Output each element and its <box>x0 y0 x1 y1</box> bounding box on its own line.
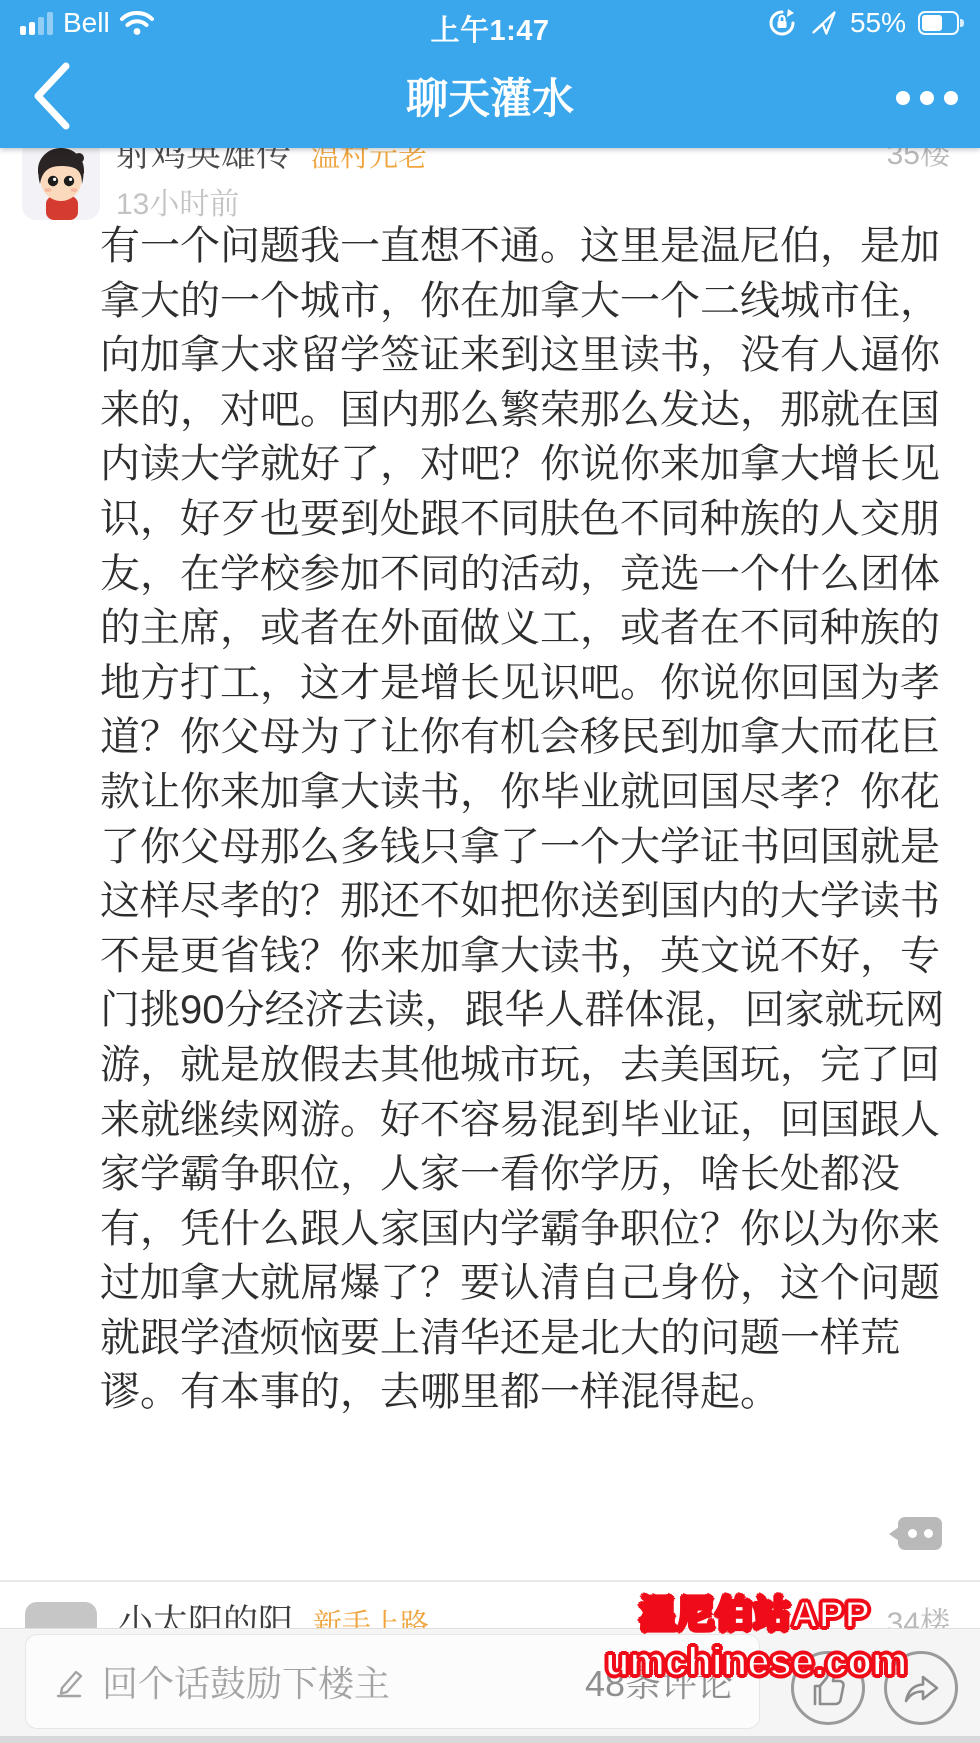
boy-avatar-icon <box>22 140 100 220</box>
comment-count-label[interactable]: 48条评论 <box>585 1656 733 1707</box>
share-arrow-icon <box>899 1666 943 1710</box>
pencil-icon <box>50 1664 86 1700</box>
more-menu-button[interactable] <box>886 78 958 118</box>
share-button[interactable] <box>884 1651 958 1725</box>
app-header: Bell 上午1:47 55% <box>0 0 980 148</box>
page-title: 聊天灌水 <box>0 66 980 126</box>
avatar[interactable] <box>22 140 100 220</box>
bottom-toolbar: 回个话鼓励下楼主 48条评论 <box>0 1628 980 1743</box>
comment-bubble-icon[interactable] <box>898 1517 942 1550</box>
like-button[interactable] <box>791 1651 865 1725</box>
thumbs-up-icon <box>807 1667 849 1709</box>
more-menu-icon <box>896 91 910 105</box>
home-indicator-area <box>0 1736 980 1743</box>
orientation-lock-icon <box>766 7 798 39</box>
status-bar: Bell 上午1:47 55% <box>0 0 980 44</box>
app-screen: 射鸡英雄传 温村元老 35楼 13小时前 有一个问题我一直想不通。这里是温尼伯，… <box>0 0 980 1743</box>
reply-placeholder: 回个话鼓励下楼主 <box>102 1656 585 1707</box>
location-arrow-icon <box>810 9 838 37</box>
reply-input[interactable]: 回个话鼓励下楼主 48条评论 <box>25 1634 760 1729</box>
nav-bar: 聊天灌水 <box>0 44 980 148</box>
battery-percent-label: 55% <box>850 7 906 39</box>
post-timestamp: 13小时前 <box>116 179 239 223</box>
post-body-text: 有一个问题我一直想不通。这里是温尼伯，是加拿大的一个城市，你在加拿大一个二线城市… <box>100 219 950 1420</box>
battery-icon <box>918 11 964 35</box>
post-divider <box>0 1580 980 1582</box>
